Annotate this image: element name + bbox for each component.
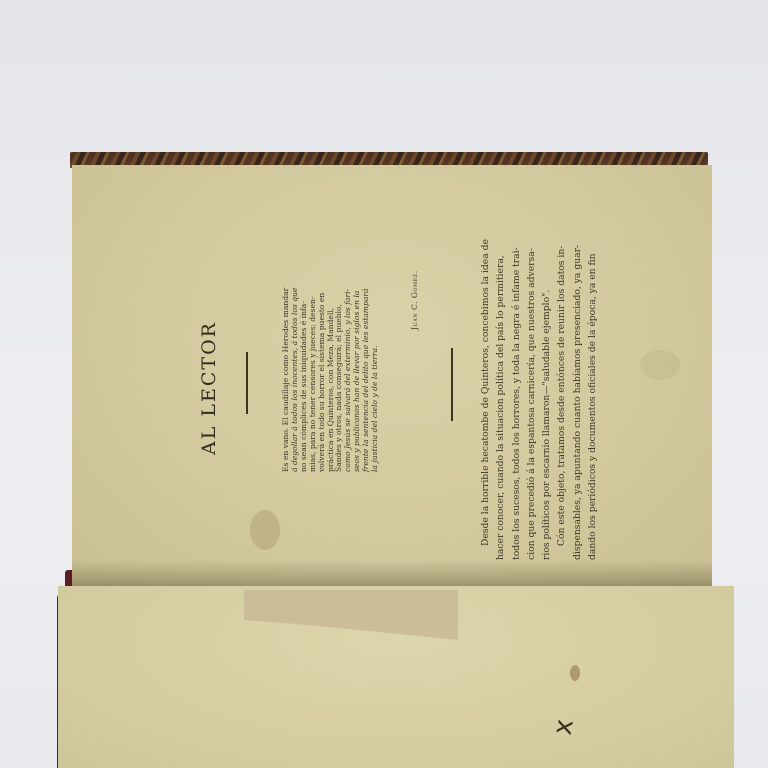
- divider-rule: [246, 352, 248, 414]
- page-heading: AL LECTOR: [198, 321, 220, 455]
- paper-stain: [640, 350, 680, 380]
- body-line: dispensables, ya apuntando cuanto habíam…: [570, 239, 585, 560]
- body-line: Desde la horrible hecatombe de Quinteros…: [478, 239, 493, 560]
- epigraph-line: la justicia del cielo y de la tierra.: [371, 288, 380, 472]
- body-line: hacer conocer, cuando la situacion polít…: [493, 239, 508, 560]
- epigraph-signature: Juan C. Gomez.: [410, 270, 419, 330]
- body-line: rios políticos por escarnio llamaron—"sa…: [539, 239, 554, 560]
- epigraph: Es en vano. El caudillaje como Herodes m…: [282, 288, 380, 472]
- body-line: dando los periódicos y documentos oficia…: [585, 239, 600, 560]
- body-line: Cón este objeto, tratamos desde entónces…: [554, 239, 569, 560]
- body-text: Desde la horrible hecatombe de Quinteros…: [478, 239, 600, 560]
- body-line: cion que precedió á la espantosa carnice…: [524, 239, 539, 560]
- paper-stain: [250, 510, 280, 550]
- divider-rule: [451, 348, 453, 421]
- body-line: todos los sucesos, todos los horrores, y…: [509, 239, 524, 560]
- ink-spot: [570, 665, 580, 681]
- title-page: [72, 165, 712, 590]
